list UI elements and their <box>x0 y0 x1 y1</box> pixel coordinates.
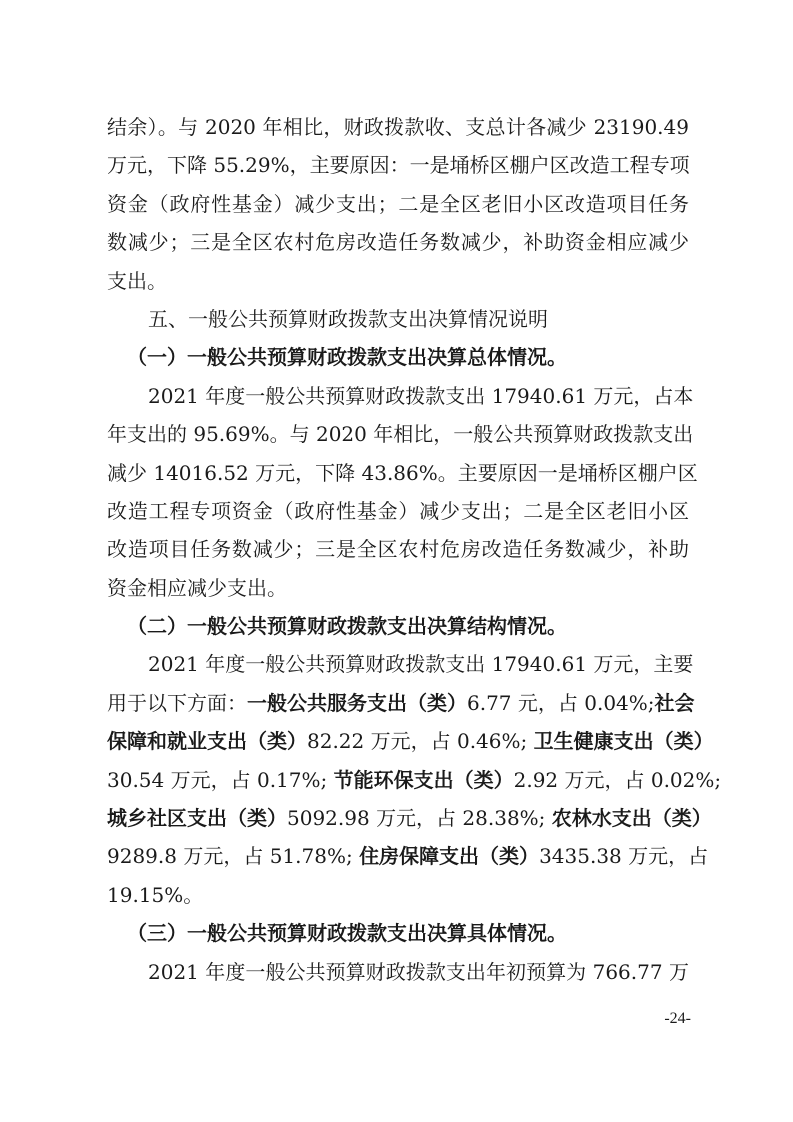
text-run: 用于以下方面： <box>107 691 247 715</box>
category-value: 6.77 元，占 0.04%; <box>467 691 655 715</box>
paragraph-line: 19.15%。 <box>107 876 689 914</box>
paragraph-line: 城乡社区支出（类）5092.98 万元，占 28.38%; 农林水支出（类） <box>107 799 689 837</box>
subsection-heading-3: （三）一般公共预算财政拨款支出决算具体情况。 <box>107 914 689 952</box>
paragraph-line: 万元，下降 55.29%，主要原因：一是埇桥区棚户区改造工程专项 <box>107 146 689 184</box>
paragraph-line: 保障和就业支出（类）82.22 万元，占 0.46%; 卫生健康支出（类） <box>107 722 689 760</box>
document-page: 结余）。与 2020 年相比，财政拨款收、支总计各减少 23190.49 万元，… <box>107 108 689 991</box>
paragraph-line: 结余）。与 2020 年相比，财政拨款收、支总计各减少 23190.49 <box>107 108 689 146</box>
paragraph-line: 用于以下方面：一般公共服务支出（类）6.77 元，占 0.04%;社会 <box>107 684 689 722</box>
category-value: 82.22 万元，占 0.46%; <box>307 729 527 753</box>
category-value: 30.54 万元，占 0.17%; <box>107 768 327 792</box>
paragraph-line: 减少 14016.52 万元，下降 43.86%。主要原因一是埇桥区棚户区 <box>107 454 689 492</box>
category-social-a: 社会 <box>655 691 695 715</box>
category-value: 2.92 万元，占 0.02%; <box>514 768 722 792</box>
category-value: 3435.38 万元，占 <box>539 844 708 868</box>
paragraph-line: 改造工程专项资金（政府性基金）减少支出；二是全区老旧小区 <box>107 492 689 530</box>
category-health: 卫生健康支出（类） <box>534 729 714 753</box>
page-number: -24- <box>664 1010 691 1028</box>
paragraph-line: 2021 年度一般公共预算财政拨款支出 17940.61 万元，占本 <box>107 377 689 415</box>
paragraph-line: 30.54 万元，占 0.17%; 节能环保支出（类）2.92 万元，占 0.0… <box>107 761 689 799</box>
paragraph-line: 9289.8 万元，占 51.78%; 住房保障支出（类）3435.38 万元，… <box>107 837 689 875</box>
paragraph-line: 2021 年度一般公共预算财政拨款支出 17940.61 万元，主要 <box>107 645 689 683</box>
section-heading: 五、一般公共预算财政拨款支出决算情况说明 <box>107 300 689 338</box>
paragraph-line: 支出。 <box>107 262 689 300</box>
paragraph-line: 年支出的 95.69%。与 2020 年相比，一般公共预算财政拨款支出 <box>107 415 689 453</box>
category-social-b: 保障和就业支出（类） <box>107 729 307 753</box>
paragraph-line: 2021 年度一般公共预算财政拨款支出年初预算为 766.77 万 <box>107 953 689 991</box>
paragraph-line: 资金（政府性基金）减少支出；二是全区老旧小区改造项目任务 <box>107 185 689 223</box>
category-housing: 住房保障支出（类） <box>359 844 539 868</box>
category-value: 5092.98 万元，占 28.38%; <box>287 806 545 830</box>
paragraph-line: 改造项目任务数减少；三是全区农村危房改造任务数减少，补助 <box>107 530 689 568</box>
subsection-heading-2: （二）一般公共预算财政拨款支出决算结构情况。 <box>107 607 689 645</box>
paragraph-line: 数减少；三是全区农村危房改造任务数减少，补助资金相应减少 <box>107 223 689 261</box>
category-urban: 城乡社区支出（类） <box>107 806 287 830</box>
category-value: 9289.8 万元，占 51.78%; <box>107 844 353 868</box>
category-general-public: 一般公共服务支出（类） <box>247 691 467 715</box>
subsection-heading-1: （一）一般公共预算财政拨款支出决算总体情况。 <box>107 338 689 376</box>
category-agri: 农林水支出（类） <box>552 806 712 830</box>
paragraph-line: 资金相应减少支出。 <box>107 569 689 607</box>
category-energy: 节能环保支出（类） <box>334 768 514 792</box>
